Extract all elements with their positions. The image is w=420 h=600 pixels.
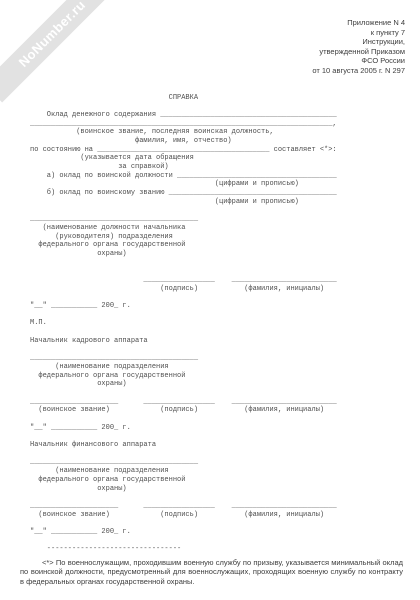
footnote: <*> По военнослужащим, проходившим военн… (20, 558, 403, 586)
doc-line (30, 267, 420, 276)
doc-line (30, 293, 420, 302)
doc-line: ________________________________________… (30, 120, 420, 129)
doc-line: ________________________________________ (30, 458, 420, 467)
doc-line: (наименование подразделения (30, 363, 420, 372)
doc-line (30, 328, 420, 337)
doc-line: за справкой) (30, 163, 420, 172)
doc-line (30, 102, 420, 111)
doc-line: (указывается дата обращения (30, 154, 420, 163)
appendix-line: утвержденной Приказом (0, 47, 405, 57)
document-content: Приложение N 4 к пункту 7 Инструкции, ут… (0, 0, 420, 586)
appendix-line: Приложение N 4 (0, 18, 405, 28)
doc-line (30, 346, 420, 355)
doc-line: фамилия, имя, отчество) (30, 137, 420, 146)
doc-line: (воинское звание, последняя воинская дол… (30, 128, 420, 137)
doc-line: (воинское звание) (подпись) (фамилия, ин… (30, 406, 420, 415)
doc-line: Начальник финансового аппарата (30, 441, 420, 450)
doc-line: СПРАВКА (30, 94, 420, 103)
doc-line: охраны) (30, 380, 420, 389)
doc-line: (цифрами и прописью) (30, 180, 420, 189)
doc-line: ________________________________________ (30, 215, 420, 224)
doc-line: охраны) (30, 250, 420, 259)
doc-line (30, 432, 420, 441)
doc-line: (руководителя) подразделения (30, 233, 420, 242)
appendix-line: ФСО России (0, 56, 405, 66)
doc-line (30, 537, 420, 546)
appendix-line: от 10 августа 2005 г. N 297 (0, 66, 405, 76)
doc-line: федерального органа государственной (30, 372, 420, 381)
doc-line (30, 450, 420, 459)
doc-line: Начальник кадрового аппарата (30, 337, 420, 346)
appendix-line: к пункту 7 (0, 28, 405, 38)
doc-line: "__" ___________ 200_ г. (30, 424, 420, 433)
doc-line (30, 259, 420, 268)
appendix-line: Инструкции, (0, 37, 405, 47)
doc-line (30, 207, 420, 216)
doc-line: (цифрами и прописью) (30, 198, 420, 207)
doc-line: (наименование должности начальника (30, 224, 420, 233)
doc-line (30, 519, 420, 528)
doc-line: федерального органа государственной (30, 241, 420, 250)
doc-line (30, 389, 420, 398)
doc-line: б) оклад по воинскому званию ___________… (30, 189, 420, 198)
doc-line: _____________________ _________________ … (30, 398, 420, 407)
doc-line: _________________ ______________________… (30, 276, 420, 285)
doc-line: (наименование подразделения (30, 467, 420, 476)
doc-line: -------------------------------- (30, 545, 420, 554)
doc-line: М.П. (30, 319, 420, 328)
doc-line (30, 415, 420, 424)
doc-line: _____________________ _________________ … (30, 502, 420, 511)
document-body: СПРАВКА Оклад денежного содержания _____… (30, 94, 420, 554)
doc-line: "__" ___________ 200_ г. (30, 302, 420, 311)
doc-line: "__" ___________ 200_ г. (30, 528, 420, 537)
doc-line: ________________________________________ (30, 354, 420, 363)
doc-line: (подпись) (фамилия, инициалы) (30, 285, 420, 294)
doc-line (30, 493, 420, 502)
doc-line: (воинское звание) (подпись) (фамилия, ин… (30, 511, 420, 520)
document-page: NoNumber.ru Приложение N 4 к пункту 7 Ин… (0, 0, 420, 600)
doc-line (30, 311, 420, 320)
doc-line: федерального органа государственной (30, 476, 420, 485)
appendix-reference: Приложение N 4 к пункту 7 Инструкции, ут… (0, 0, 420, 76)
doc-line: Оклад денежного содержания _____________… (30, 111, 420, 120)
doc-line: а) оклад по воинской должности _________… (30, 172, 420, 181)
doc-line: охраны) (30, 485, 420, 494)
